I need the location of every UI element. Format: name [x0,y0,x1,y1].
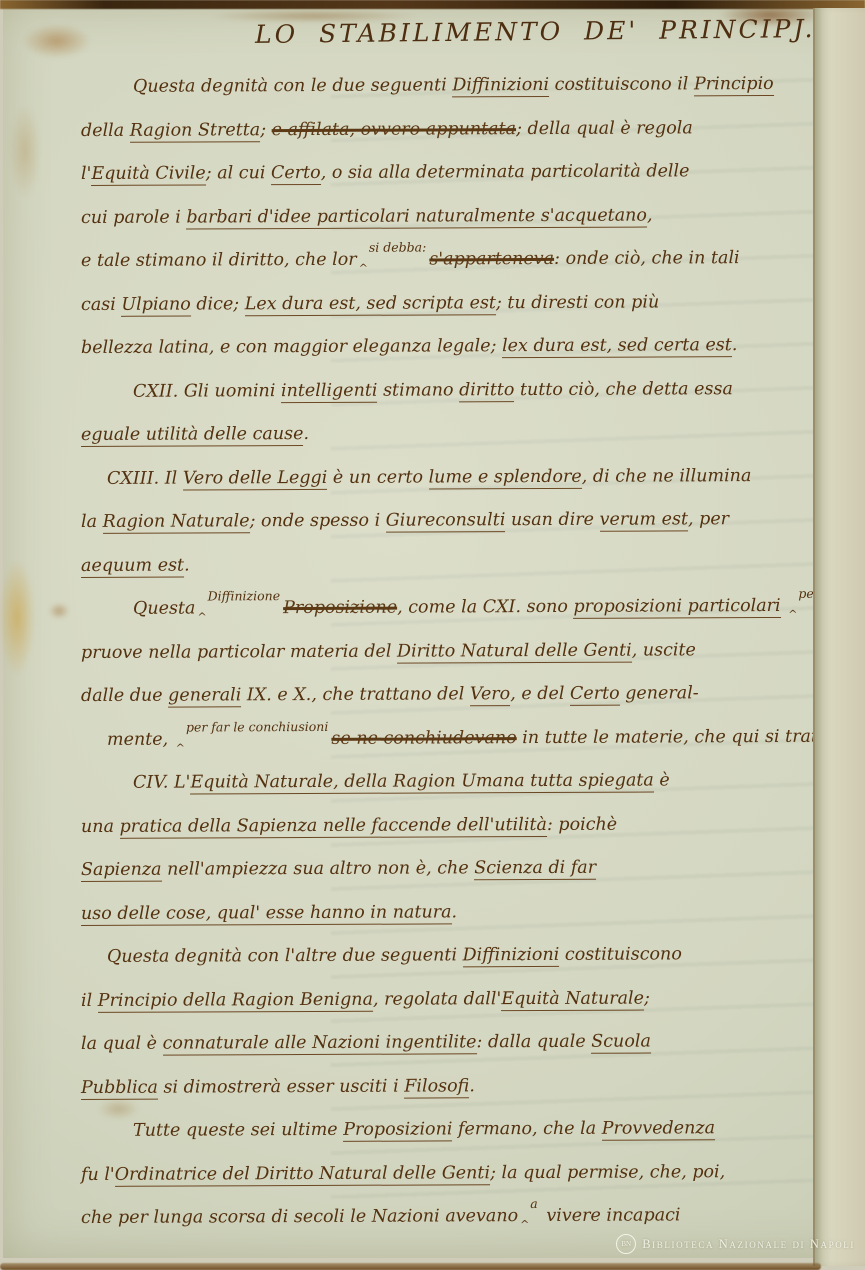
struck-text: Proposizione [283,598,397,618]
text-segment [781,596,787,616]
manuscript-line: Tutte queste sei ultime Proposizioni fer… [81,1105,815,1152]
paper-stain [9,17,104,65]
manuscript-line: bellezza latina, e con maggior eleganza … [81,322,815,369]
text-segment: ; al cui [206,163,271,183]
text-segment: . [303,424,309,444]
text-segment: la qual è [81,1034,163,1054]
underlined-text: Certo [570,684,620,706]
text-segment: . [469,1076,475,1096]
text-segment: bellezza latina, e con maggior eleganza … [81,336,502,358]
text-segment: , per [688,509,729,529]
underlined-text: barbari d'idee particolari naturalmente … [186,205,647,229]
struck-text: s'apparteneva [429,249,554,270]
manuscript-line: mente, ^per far le conchiusionise ne con… [81,713,815,760]
scanned-manuscript-page: LO STABILIMENTO DE' PRINCIPJ. Questa deg… [0,0,865,1270]
underlined-text: aequum est [81,555,184,577]
text-segment: : poichè [547,814,617,834]
text-segment: ; la qual permise, che, poi, [490,1162,725,1183]
manuscript-line: CXIII. Il Vero delle Leggi è un certo lu… [81,452,815,499]
underlined-text: Scienza di far [474,858,596,881]
text-segment: la [81,512,103,532]
underlined-text: Provvedenza [602,1118,715,1140]
page-top-edge [0,0,865,9]
manuscript-line: CIV. L'Equità Naturale, della Ragion Uma… [81,757,815,804]
text-segment: : onde ciò, che in tali [554,248,740,269]
manuscript-line: e tale stimano il diritto, che lor^si de… [81,235,815,282]
text-segment: CXIII. Il [107,468,183,488]
text-segment: fermano, che la [452,1119,601,1140]
underlined-text: Ordinatrice del Diritto Natural delle Ge… [115,1163,490,1187]
text-segment: , uscite [632,640,696,660]
underlined-text: Diffinizioni [463,945,560,967]
text-segment: stimano [377,380,459,400]
manuscript-line: Sapienza nell'ampiezza sua altro non è, … [81,844,815,891]
manuscript-line: aequum est. [81,539,815,586]
underlined-text: Ragion Stretta [130,120,261,143]
underlined-text: Pubblica [81,1077,158,1099]
underlined-text: Principio [694,74,774,96]
underlined-text: proposizioni particolari [573,596,780,619]
manuscript-line: l'Equità Civile; al cui Certo, o sia all… [81,148,815,195]
text-segment: . [451,902,457,922]
text-segment: Questa [133,599,196,619]
manuscript-line: Questa degnità con le due seguenti Diffi… [81,61,815,108]
underlined-text: Giureconsulti [386,510,506,533]
library-stamp: BN Biblioteca Nazionale di Napoli [616,1234,855,1254]
text-segment: cui parole i [81,207,187,227]
paper-stain [5,91,45,211]
text-segment: : dalla quale [476,1032,591,1053]
underlined-text: Equità Naturale [501,988,644,1011]
manuscript-line: pruove nella particolar materia del Diri… [81,626,815,673]
text-segment: ; [260,120,272,140]
text-segment: si dimostrerà esser usciti i [158,1076,404,1097]
text-segment: , [647,205,653,225]
text-segment: . [184,555,190,575]
text-segment: , come la CXI. sono [397,597,573,618]
manuscript-text: Questa degnità con le due seguenti Diffi… [81,64,815,1239]
manuscript-line: CXII. Gli uomini intelligenti stimano di… [81,365,815,412]
text-segment: dalle due [81,686,168,706]
underlined-text: Equità Civile [91,163,205,185]
manuscript-line: una pratica della Sapienza nelle faccend… [81,800,815,847]
text-segment: , di che ne illumina [582,466,752,487]
underlined-text: lume e splendore [429,466,582,489]
manuscript-line: della Ragion Stretta; e affilata, ovvero… [81,104,815,151]
underlined-text: Filosofi [404,1076,469,1098]
underlined-text: uso delle cose, qual' esse hanno in natu… [81,902,452,926]
text-segment: Questa degnità con l'altre due seguenti [107,945,463,967]
struck-text: e affilata, ovvero appuntata [272,119,517,140]
manuscript-line: cui parole i barbari d'idee particolari … [81,191,815,238]
text-segment: e tale stimano il diritto, che lor [81,250,357,271]
manuscript-line: dalle due generali IX. e X., che trattan… [81,670,815,717]
text-segment: casi [81,294,121,314]
text-segment: che per lunga scorsa di secoli le Nazion… [81,1206,518,1228]
text-segment: usan dire [505,510,599,530]
manuscript-line: casi Ulpiano dice; Lex dura est, sed scr… [81,278,815,325]
underlined-text: Principio della Ragion Benigna [98,989,373,1012]
text-segment: il [81,990,98,1010]
manuscript-line: il Principio della Ragion Benigna, regol… [81,974,815,1021]
text-segment: in tutte le materie, che qui si trattano… [517,726,863,748]
manuscript-line: che per lunga scorsa di secoli le Nazion… [81,1192,815,1239]
text-segment: vivere incapaci [541,1205,681,1226]
text-segment: tutto ciò, che detta essa [514,379,733,400]
text-segment: CXII. Gli uomini [133,381,281,402]
text-segment: general- [620,683,699,703]
text-segment: ; onde spesso i [250,511,386,532]
manuscript-line: Pubblica si dimostrerà esser usciti i Fi… [81,1061,815,1108]
library-logo-icon: BN [616,1234,636,1254]
underlined-text: connaturale alle Nazioni ingentilite [163,1032,477,1055]
manuscript-line: Questa^DiffinizioneProposizione, come la… [81,583,815,630]
paper-sheet: LO STABILIMENTO DE' PRINCIPJ. Questa deg… [3,5,865,1258]
paper-stain [0,540,41,695]
manuscript-line: fu l'Ordinatrice del Diritto Natural del… [81,1148,815,1195]
struck-text: se ne conchiudevano [331,728,516,749]
underlined-text: Lex dura est, sed scripta est [245,293,496,316]
underlined-text: generali [168,685,241,707]
caret-mark: ^ [520,1201,529,1248]
underlined-text: Certo [271,163,321,185]
manuscript-line: uso delle cose, qual' esse hanno in natu… [81,887,815,934]
text-segment: , regolata dall' [373,989,501,1010]
manuscript-line: Questa degnità con l'altre due seguenti … [81,931,815,978]
underlined-text: pratica della Sapienza nelle faccende de… [120,814,547,838]
text-segment: , o sia alla determinata particolarità d… [321,161,690,183]
paper-stain [45,600,73,622]
text-segment: Tutte queste sei ultime [133,1120,343,1141]
text-segment: Questa degnità con le due seguenti [133,75,452,96]
text-segment: fu l' [81,1164,115,1184]
text-segment: costituiscono [559,944,682,965]
underlined-text: Equità Naturale, della Ragion Umana tutt… [190,771,653,795]
underlined-text: Vero [470,684,510,706]
text-segment: l' [81,164,92,184]
text-segment: è [654,770,670,790]
underlined-text: lex dura est, sed certa est [502,335,732,358]
text-segment: IX. e X., che trattano del [241,684,470,705]
inserted-text: per far le conchiusioni [186,726,328,727]
page-bottom-edge [0,1263,821,1270]
text-segment: CIV. L' [133,773,191,793]
text-segment: ; della qual è regola [516,118,693,139]
text-segment: , e del [510,684,570,704]
underlined-text: diritto [459,380,514,402]
page-title: LO STABILIMENTO DE' PRINCIPJ. [255,14,816,49]
underlined-text: Diffinizioni [452,75,549,97]
underlined-text: intelligenti [281,380,378,402]
library-stamp-text: Biblioteca Nazionale di Napoli [642,1237,855,1252]
text-segment: dice; [191,294,245,314]
manuscript-line: la qual è connaturale alle Nazioni ingen… [81,1018,815,1065]
underlined-text: Proposizioni [343,1119,452,1141]
underlined-text: Sapienza [81,860,162,882]
underlined-text: Ragion Naturale [103,511,250,534]
page-fore-edge [813,8,865,1266]
manuscript-line: eguale utilità delle cause. [81,409,815,456]
text-segment: pruove nella particolar materia del [81,641,397,662]
underlined-text: Vero delle Leggi [183,467,328,490]
text-segment: mente, [107,729,174,749]
manuscript-line: la Ragion Naturale; onde spesso i Giurec… [81,496,815,543]
text-segment: . [732,335,738,355]
underlined-text: Scuola [591,1032,651,1054]
text-segment: una [81,816,120,836]
underlined-text: Diritto Natural delle Genti [397,640,632,663]
text-segment: della [81,120,130,140]
underlined-text: verum est [600,509,689,531]
text-segment: ; tu diresti con più [496,292,659,313]
text-segment: costituiscono il [549,74,694,95]
underlined-text: Ulpiano [121,294,190,316]
text-segment: è un certo [327,467,428,487]
text-segment: ; [644,988,650,1008]
text-segment: nell'ampiezza sua altro non è, che [161,858,474,879]
underlined-text: eguale utilità delle cause [81,424,304,447]
